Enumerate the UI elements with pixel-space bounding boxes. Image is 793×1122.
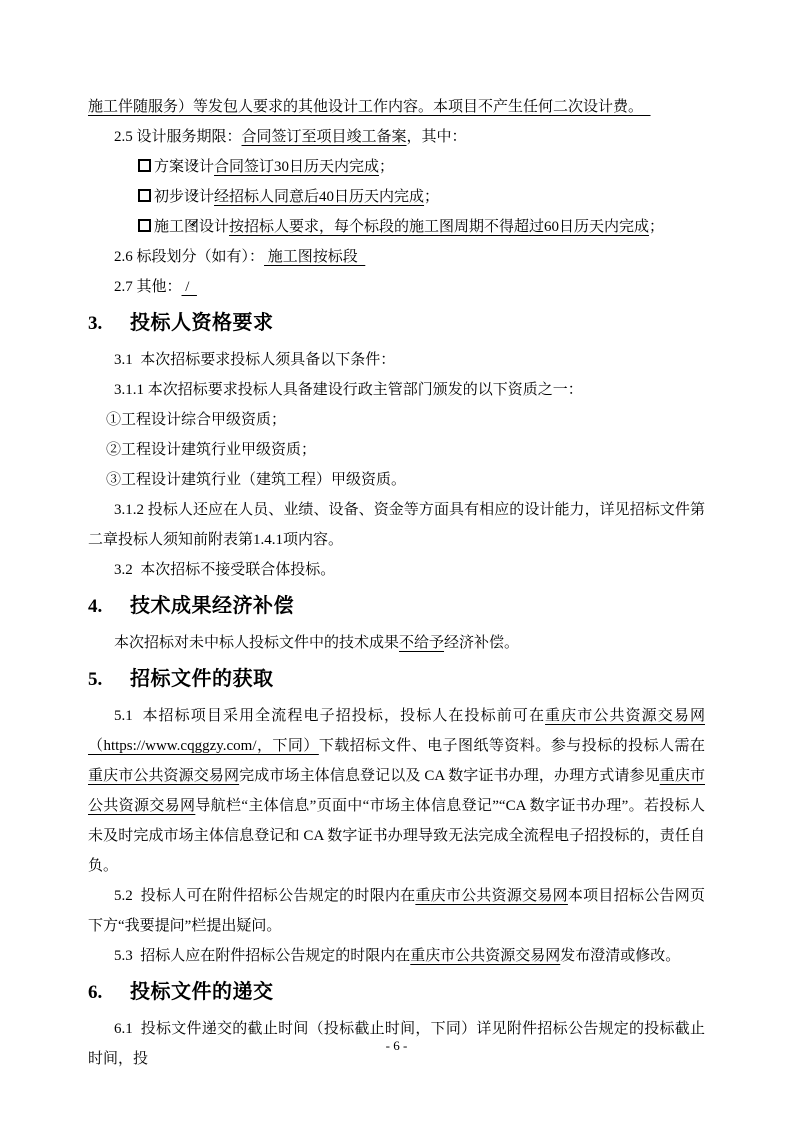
text-run: 发布澄清或修改。	[560, 948, 680, 964]
clause-3-2: 3.2 本次招标不接受联合体投标。	[88, 555, 705, 585]
text-run: 5.3 招标人应在附件招标公告规定的时限内在	[114, 948, 410, 964]
text-run: 经济补偿。	[444, 635, 519, 651]
underlined-text: 重庆市公共资源交易网	[410, 948, 560, 964]
clause-2-6: 2.6 标段划分（如有）： 施工图按标段	[88, 242, 705, 272]
checked-checkbox-icon: ✓	[138, 159, 151, 172]
checked-checkbox-icon: ✓	[138, 189, 151, 202]
underlined-text: /	[182, 279, 197, 295]
text-run: 5.2 投标人可在附件招标公告规定的时限内在	[114, 888, 415, 904]
underlined-text: 合同签订30日历天内完成	[214, 159, 379, 175]
text-run: 下载招标文件、电子图纸等资料。参与投标的投标人需在	[319, 738, 705, 754]
clause-3-1-1: 3.1.1 本次招标要求投标人具备建设行政主管部门颁发的以下资质之一：	[88, 375, 705, 405]
qualification-option-2: ②工程设计建筑行业甲级资质；	[88, 435, 705, 465]
text-run: 3.1.2 投标人还应在人员、业绩、设备、资金等方面具有相应的设计能力，详见招标…	[88, 502, 705, 548]
text-run: 2.5 设计服务期限：	[114, 129, 242, 145]
clause-2-7: 2.7 其他： /	[88, 272, 705, 302]
text-run: 完成市场主体信息登记以及 CA 数字证书办理，办理方式请参见	[239, 768, 660, 784]
qualification-option-3: ③工程设计建筑行业（建筑工程）甲级资质。	[88, 465, 705, 495]
underlined-text: 施工伴随服务）等发包人要求的其他设计工作内容。本项目不产生任何二次设计费。	[88, 99, 651, 115]
clause-5-1: 5.1 本招标项目采用全流程电子招投标，投标人在投标前可在重庆市公共资源交易网（…	[88, 701, 705, 881]
checkbox-item-scheme-design: ✓方案设计合同签订30日历天内完成；	[88, 152, 705, 182]
clause-2-4-continuation: 施工伴随服务）等发包人要求的其他设计工作内容。本项目不产生任何二次设计费。	[88, 92, 705, 122]
checkbox-item-preliminary-design: ✓初步设计经招标人同意后40日历天内完成；	[88, 182, 705, 212]
text-run: ；	[379, 159, 394, 175]
heading-number: 6.	[88, 978, 130, 1008]
text-run: 2.6 标段划分（如有）：	[114, 249, 264, 265]
text-run: ①工程设计综合甲级资质；	[106, 412, 286, 428]
text-run: ；	[424, 189, 439, 205]
heading-text: 投标人资格要求	[130, 312, 274, 334]
section-5-heading: 5.招标文件的获取	[88, 664, 705, 695]
text-run: 5.1 本招标项目采用全流程电子招投标，投标人在投标前可在	[114, 708, 545, 724]
document-page: 施工伴随服务）等发包人要求的其他设计工作内容。本项目不产生任何二次设计费。 2.…	[0, 0, 793, 1122]
heading-number: 3.	[88, 309, 130, 339]
document-body: 施工伴随服务）等发包人要求的其他设计工作内容。本项目不产生任何二次设计费。 2.…	[88, 92, 705, 1074]
text-run: 3.2 本次招标不接受联合体投标。	[114, 562, 335, 578]
underlined-text: 合同签订至项目竣工备案	[242, 129, 407, 145]
text-run: ，其中：	[407, 129, 467, 145]
underlined-text: 重庆市公共资源交易网	[88, 768, 239, 784]
underlined-text: （https://www.cqggzy.com/，下同）	[88, 738, 319, 754]
text-run: 2.7 其他：	[114, 279, 182, 295]
clause-5-2: 5.2 投标人可在附件招标公告规定的时限内在重庆市公共资源交易网本项目招标公告网…	[88, 881, 705, 941]
text-run: ②工程设计建筑行业甲级资质；	[106, 442, 316, 458]
heading-number: 5.	[88, 665, 130, 695]
check-mark: ✓	[140, 217, 200, 229]
section-4-heading: 4.技术成果经济补偿	[88, 591, 705, 622]
heading-text: 招标文件的获取	[130, 668, 274, 690]
clause-5-3: 5.3 招标人应在附件招标公告规定的时限内在重庆市公共资源交易网发布澄清或修改。	[88, 941, 705, 971]
heading-text: 技术成果经济补偿	[130, 595, 294, 617]
text-run: 3.1.1 本次招标要求投标人具备建设行政主管部门颁发的以下资质之一：	[114, 382, 583, 398]
clause-3-1-2: 3.1.2 投标人还应在人员、业绩、设备、资金等方面具有相应的设计能力，详见招标…	[88, 495, 705, 555]
heading-text: 投标文件的递交	[130, 981, 274, 1003]
underlined-text: 重庆市公共资源交易网	[415, 888, 568, 904]
check-mark: ✓	[140, 157, 200, 169]
clause-4-body: 本次招标对未中标人投标文件中的技术成果不给予经济补偿。	[88, 628, 705, 658]
checkbox-item-construction-drawing-design: ✓施工图设计按招标人要求，每个标段的施工图周期不得超过60日历天内完成；	[88, 212, 705, 242]
text-run: ③工程设计建筑行业（建筑工程）甲级资质。	[106, 472, 406, 488]
checked-checkbox-icon: ✓	[138, 219, 151, 232]
underlined-text: 施工图按标段	[264, 249, 365, 265]
text-run: 3.1 本次招标要求投标人须具备以下条件：	[114, 352, 395, 368]
underlined-text: 不给予	[399, 635, 444, 651]
section-3-heading: 3.投标人资格要求	[88, 308, 705, 339]
page-number: - 6 -	[0, 1036, 793, 1056]
text-run: ；	[649, 219, 664, 235]
qualification-option-1: ①工程设计综合甲级资质；	[88, 405, 705, 435]
check-mark: ✓	[140, 187, 200, 199]
clause-2-5: 2.5 设计服务期限：合同签订至项目竣工备案，其中：	[88, 122, 705, 152]
underlined-text: 经招标人同意后40日历天内完成	[214, 189, 424, 205]
clause-3-1: 3.1 本次招标要求投标人须具备以下条件：	[88, 345, 705, 375]
underlined-text: 重庆市公共资源交易网	[545, 708, 705, 724]
section-6-heading: 6.投标文件的递交	[88, 977, 705, 1008]
underlined-text: 按招标人要求，每个标段的施工图周期不得超过60日历天内完成	[229, 219, 649, 235]
heading-number: 4.	[88, 592, 130, 622]
text-run: 本次招标对未中标人投标文件中的技术成果	[114, 635, 399, 651]
